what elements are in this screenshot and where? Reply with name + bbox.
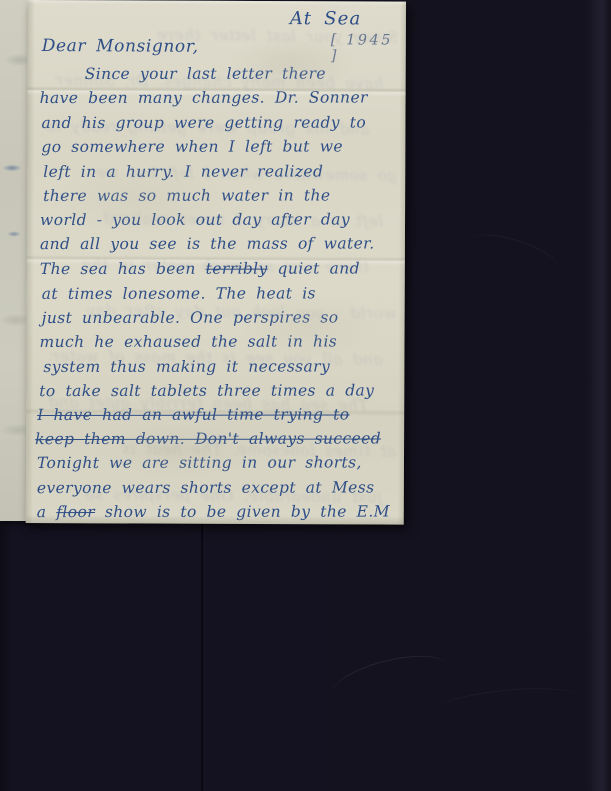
- letter-line: system thus making it necessary: [43, 357, 330, 376]
- scratch-mark: [429, 682, 581, 729]
- letter-page: Since your last letter therehave been ma…: [26, 0, 406, 525]
- handwritten-text: system thus making it necessary: [43, 357, 330, 376]
- struck-text: keep them down. Don't always succeed: [35, 429, 381, 448]
- letter-line: Tonight we are sitting in our shorts,: [37, 453, 362, 472]
- struck-text: floor: [56, 503, 95, 521]
- letter-line: at times lonesome. The heat is: [42, 284, 316, 302]
- letter-line: just unbearable. One perspires so: [42, 308, 339, 327]
- scratch-mark: [468, 227, 562, 280]
- letter-line: keep them down. Don't always succeed: [35, 429, 381, 448]
- handwritten-text: show is to be given by the E.M: [95, 503, 390, 522]
- struck-text: I have had an awful time trying to: [37, 405, 349, 424]
- letter-line: a floor show is to be given by the E.M: [37, 503, 390, 522]
- handwritten-text: Since your last letter there: [85, 65, 326, 83]
- handwritten-text: go somewhere when I left but we: [41, 137, 343, 156]
- letter-body: Since your last letter therehave been ma…: [28, 0, 406, 2]
- handwritten-text: left in a hurry. I never realized: [43, 162, 323, 180]
- letter-line: to take salt tablets three times a day: [39, 381, 374, 400]
- letter-place: At Sea: [290, 8, 362, 29]
- letter-line: Since your last letter there: [85, 65, 326, 83]
- handwritten-text: just unbearable. One perspires so: [42, 308, 339, 327]
- handwritten-text: to take salt tablets three times a day: [39, 381, 374, 400]
- scratch-mark: [327, 646, 453, 715]
- letter-date-annotation: [ 1945 ]: [331, 32, 406, 64]
- letter-line: and his group were getting ready to: [41, 113, 366, 132]
- handwritten-text: quiet and: [268, 259, 360, 277]
- handwritten-text: have been many changes. Dr. Sonner: [40, 88, 368, 107]
- handwritten-text: The sea has been: [40, 260, 206, 278]
- handwritten-text: there was so much water in the: [43, 186, 330, 205]
- letter-line: world - you look out day after day: [40, 210, 350, 229]
- handwritten-text: and his group were getting ready to: [41, 113, 366, 132]
- letter-line: everyone wears shorts except at Mess: [37, 478, 375, 497]
- handwritten-text: at times lonesome. The heat is: [42, 284, 316, 302]
- letter-line: go somewhere when I left but we: [41, 137, 343, 156]
- handwritten-text: and all you see is the mass of water.: [40, 234, 375, 253]
- letter-line: I have had an awful time trying to: [37, 405, 349, 424]
- scanned-letter-photo: Since your last letter therehave been ma…: [0, 0, 611, 791]
- letter-salutation: Dear Monsignor,: [42, 36, 199, 57]
- handwritten-text: everyone wears shorts except at Mess: [37, 478, 375, 497]
- letter-line: there was so much water in the: [43, 186, 330, 205]
- letter-line: left in a hurry. I never realized: [43, 162, 323, 180]
- handwritten-text: a: [37, 503, 57, 521]
- letter-line: have been many changes. Dr. Sonner: [40, 88, 368, 107]
- handwritten-text: Tonight we are sitting in our shorts,: [37, 453, 362, 472]
- struck-text: terribly: [206, 260, 268, 278]
- handwritten-text: world - you look out day after day: [40, 210, 350, 229]
- background-seam: [201, 522, 205, 791]
- letter-line: and all you see is the mass of water.: [40, 234, 375, 253]
- letter-line: much he exhaused the salt in his: [39, 332, 337, 351]
- handwritten-text: much he exhaused the salt in his: [39, 332, 337, 351]
- letter-line: The sea has been terribly quiet and: [40, 259, 360, 278]
